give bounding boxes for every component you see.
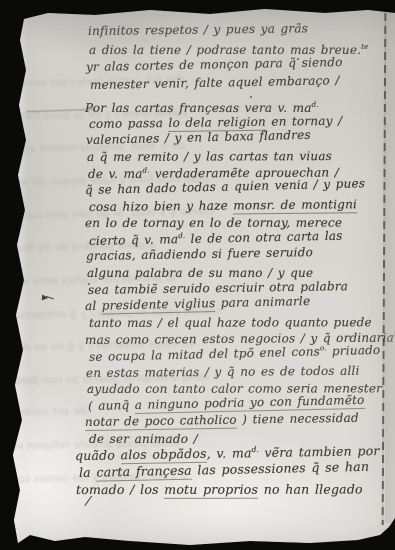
- text-segment: quãdo: [74, 447, 120, 463]
- ink-speck: [250, 96, 252, 98]
- manuscript-line: infinitos respetos / y pues ya grãs: [88, 21, 308, 38]
- text-segment: ) tiene necessidad: [237, 411, 359, 427]
- text-segment: para animarle: [215, 294, 310, 310]
- manuscript-scan: Por las cartas françesas vera v. mad.val…: [0, 0, 395, 550]
- text-segment: cosa hizo bien y haze: [89, 198, 233, 213]
- manuscript-line: de ser animado /: [89, 432, 198, 446]
- manuscript-line: gracias, añadiendo si fuere seruido: [86, 245, 313, 263]
- manuscript-text: infinitos respetos / y pues ya grãsa dio…: [0, 0, 395, 550]
- text-segment: infinitos respetos / y pues ya grãs: [88, 21, 308, 38]
- underlined-phrase: monsr. de montigni: [234, 197, 358, 214]
- manuscript-line: yr alas cortes de monçon para q̃ siendo: [86, 55, 343, 74]
- text-segment: gracias, añadiendo si fuere seruido: [86, 245, 313, 263]
- ink-speck: [297, 58, 299, 60]
- text-segment: ( aunq̃: [88, 398, 135, 413]
- text-segment: te: [361, 42, 368, 51]
- manuscript-line: menester venir, falte aquel embaraço /: [90, 73, 340, 92]
- manuscript-line: alguna palabra de su mano / y que: [87, 266, 313, 280]
- text-segment: d.: [251, 445, 258, 454]
- manuscript-line: en estas materias / y q̃ no es de todos …: [86, 363, 360, 379]
- text-segment: no han llegado: [258, 482, 363, 497]
- text-segment: Por las cartas françesas vera v. ma: [85, 101, 312, 115]
- text-segment: de ser animado /: [89, 432, 198, 446]
- text-segment: le de con otra carta las: [185, 228, 343, 245]
- text-segment: alguna palabra de su mano / y que: [87, 266, 313, 280]
- text-segment: yr alas cortes de monçon para q̃ siendo: [86, 55, 343, 74]
- text-segment: cierto q̃ v. ma: [89, 232, 179, 248]
- manuscript-line: tanto mas / el qual haze todo quanto pue…: [89, 315, 372, 330]
- underlined-phrase: presidente viglius: [102, 296, 216, 314]
- text-segment: priuado: [327, 343, 381, 358]
- text-segment: la: [79, 465, 97, 480]
- underlined-phrase: notar de poco catholico: [85, 413, 237, 431]
- manuscript-line: Por las cartas françesas vera v. mad.: [85, 100, 318, 115]
- manuscript-line: a q̃ me remito / y las cartas tan viuas: [87, 149, 332, 164]
- text-segment: de v. ma: [88, 167, 143, 181]
- manuscript-line: tomado / los motu proprios no han llegad…: [75, 482, 362, 497]
- text-segment: al: [85, 299, 102, 313]
- text-segment: valencianes / y en la baxa flandres: [86, 128, 311, 147]
- text-segment: a q̃ me remito / y las cartas tan viuas: [87, 149, 332, 164]
- text-segment: como passa: [89, 116, 169, 131]
- text-segment: tanto mas / el qual haze todo quanto pue…: [89, 315, 372, 330]
- ink-speck: [88, 283, 90, 285]
- manuscript-line: al presidente viglius para animarle: [85, 294, 311, 313]
- underlined-phrase: alos obpãdos: [120, 446, 206, 464]
- manuscript-line: valencianes / y en la baxa flandres: [86, 128, 311, 147]
- text-segment: en estas materias / y q̃ no es de todos …: [86, 363, 360, 379]
- text-segment: vẽra tambien por: [258, 443, 379, 460]
- adjacent-page-strip: [385, 13, 395, 523]
- text-segment: d.: [311, 100, 318, 109]
- text-segment: menester venir, falte aquel embaraço /: [90, 73, 340, 92]
- text-segment: las possessiones q̃ se han: [192, 459, 370, 478]
- underlined-phrase: carta françesa: [96, 463, 192, 482]
- manuscript-line: notar de poco catholico ) tiene necessid…: [85, 411, 359, 429]
- manuscript-page: Por las cartas françesas vera v. mad.val…: [0, 0, 395, 550]
- text-segment: en tornay /: [266, 113, 343, 128]
- ink-speck: [89, 387, 91, 389]
- text-segment: , v. ma: [206, 445, 251, 461]
- underlined-phrase: motu proprios: [164, 482, 258, 499]
- text-segment: se ocupa la mitad del tpõ enel cons: [89, 344, 320, 364]
- manuscript-line: cosa hizo bien y haze monsr. de montigni: [89, 197, 357, 214]
